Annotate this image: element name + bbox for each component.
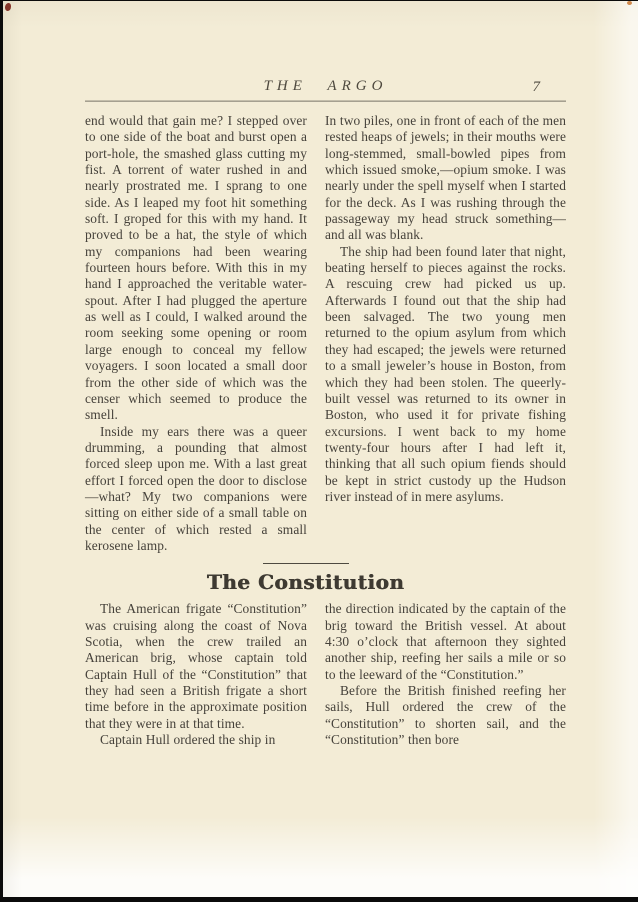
- right-column: In two piles, one in front of each of th…: [325, 113, 566, 554]
- article-body-top: end would that gain me? I stepped over t…: [85, 113, 566, 554]
- section-divider-line: [263, 563, 349, 564]
- page-content: THE ARGO 7 end would that gain me? I ste…: [85, 1, 566, 748]
- paragraph: In two piles, one in front of each of th…: [325, 113, 566, 244]
- paragraph: end would that gain me? I stepped over t…: [85, 113, 307, 424]
- section-break: The Constitution: [65, 563, 546, 594]
- running-title: THE ARGO: [85, 78, 566, 95]
- article-body-bottom: The American frigate “Constitution” was …: [85, 601, 566, 748]
- scan-artifact-speck: [5, 3, 11, 11]
- page-header: THE ARGO 7: [85, 78, 566, 96]
- left-column: The American frigate “Constitution” was …: [85, 601, 307, 748]
- section-title: The Constitution: [65, 570, 546, 594]
- paper-background: THE ARGO 7 end would that gain me? I ste…: [3, 1, 638, 897]
- scanned-book-page: { "header": { "title": "THE ARGO", "page…: [0, 0, 638, 902]
- paragraph: Before the British finished reefing her …: [325, 683, 566, 748]
- left-column: end would that gain me? I stepped over t…: [85, 113, 307, 554]
- right-column: the direction indicated by the captain o…: [325, 601, 566, 748]
- paragraph: Inside my ears there was a queer drummin…: [85, 424, 307, 555]
- paragraph: The ship had been found later that night…: [325, 244, 566, 506]
- header-rule: [85, 100, 566, 101]
- paragraph: The American frigate “Constitution” was …: [85, 601, 307, 732]
- paragraph: Captain Hull ordered the ship in: [85, 732, 307, 748]
- scan-artifact-speck: [627, 1, 632, 5]
- page-number: 7: [533, 79, 541, 96]
- paragraph: the direction indicated by the captain o…: [325, 601, 566, 683]
